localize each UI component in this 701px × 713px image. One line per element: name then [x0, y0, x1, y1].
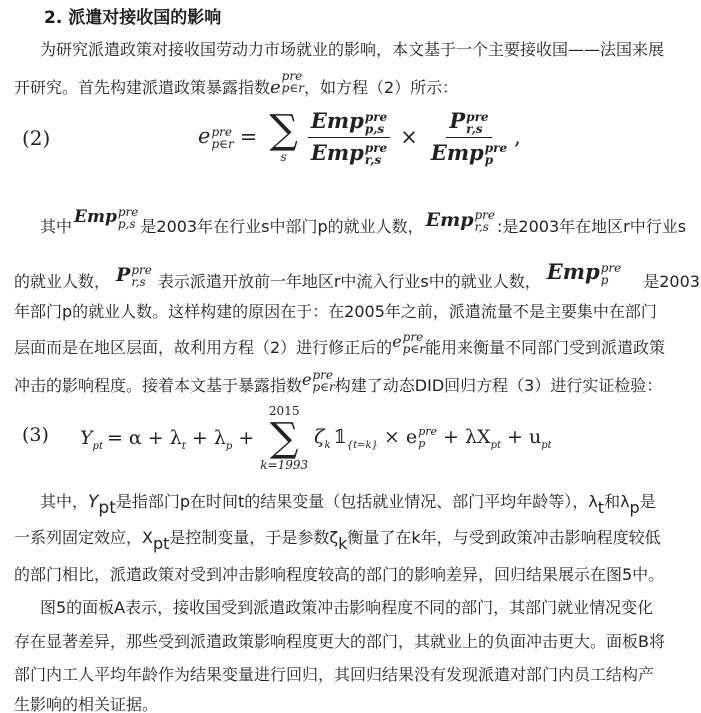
eq2-lhs: eprep∈r — [198, 124, 234, 150]
symbol-base: e — [270, 77, 281, 98]
eq2-equals: = — [240, 125, 258, 149]
sym-sub: r,s — [131, 276, 152, 288]
text: 表示派遣开放前一年地区r中流入行业s中的就业人数， — [158, 272, 541, 291]
para4-line2: 存在显著差异，那些受到派遣政策影响程度更大的部门，其就业上的负面冲击更大。面板B… — [14, 630, 665, 654]
para2-line2: 的就业人数，Pprer,s表示派遣开放前一年地区r中流入行业s中的就业人数，Em… — [14, 268, 700, 294]
text: 和 — [604, 492, 620, 511]
eq2-sum: ∑s — [269, 110, 298, 164]
para3-line1: 其中，Ypt是指部门p在时间t的结果变量（包括就业情况、部门平均年龄等），λt和… — [40, 490, 656, 514]
eq2-lhs-sup: pre — [211, 126, 233, 138]
eq3-lhs-sub: pt — [93, 441, 103, 452]
eq3-text: × e — [378, 426, 417, 448]
emp-rs-symbol: Empprer,s — [426, 208, 495, 233]
eq3-text: + u — [501, 426, 541, 448]
equation2: eprep∈r = ∑s Empprep,s Empprer,s × Pprer… — [198, 108, 521, 166]
eq3-indicator: 𝟙 — [334, 426, 347, 448]
zeta-sub: k — [338, 534, 347, 553]
para4-line1: 图5的面板A表示，接收国受到派遣政策冲击影响程度不同的部门，其部门就业情况变化 — [40, 596, 653, 620]
lambda-sub: t — [598, 498, 604, 517]
text: 是控制变量，于是参数ζ — [169, 528, 338, 547]
eq2-times: × — [400, 125, 418, 149]
text: 其中 — [40, 217, 72, 236]
eq2-lhs-sub: p∈r — [211, 138, 233, 150]
text: 是2003 — [643, 272, 700, 291]
text: 是2003年在行业s中部门p的就业人数， — [140, 217, 423, 236]
eq2-fraction2: Pprer,s Empprep — [428, 108, 510, 166]
emp-ps-symbol: Empprep,s — [74, 205, 138, 230]
eq2-fraction1: Empprep,s Empprer,s — [308, 108, 390, 166]
sym-base: e — [302, 370, 311, 389]
exposure-index-symbol: eprep∈r — [302, 368, 335, 393]
equation3-number: (3) — [22, 424, 49, 446]
sym-sup: pre — [403, 331, 425, 343]
sum-symbol: ∑ — [270, 418, 299, 458]
para2-line1: 其中Empprep,s是2003年在行业s中部门p的就业人数，Empprer,s… — [40, 214, 686, 240]
f1-num-base: Emp — [311, 108, 364, 133]
text: 是 — [640, 492, 656, 511]
equation2-number: (2) — [22, 126, 50, 150]
sym-base: e — [392, 332, 401, 351]
sym-sub: p∈r — [403, 343, 425, 355]
eq2-comma: , — [514, 125, 521, 149]
sym-base: P — [116, 264, 130, 286]
text: 冲击的影响程度。接着本文基于暴露指数 — [14, 376, 302, 395]
para2-line4: 层面而是在地区层面，故利用方程（2）进行修正后的eprep∈r能用来衡量不同部门… — [14, 336, 665, 361]
para3-line3: 的部门相比，派遣政策对受到冲击影响程度较高的部门的影响差异，回归结果展示在图5中… — [14, 563, 664, 587]
sum-index: s — [281, 150, 287, 164]
text: 能用来衡量不同部门受到派遣政策 — [425, 338, 665, 357]
sym-sub: r,s — [474, 221, 495, 233]
text: 层面而是在地区层面，故利用方程（2）进行修正后的 — [14, 338, 392, 357]
eq3-sub: {t=k} — [347, 440, 378, 451]
eq3-sub: p — [418, 438, 437, 450]
f2-den-sub: p — [485, 154, 507, 166]
text: 构建了动态DID回归方程（3）进行实证检验： — [335, 376, 663, 395]
sym-sub: p — [601, 274, 622, 286]
equation3: Ypt = α + λt + λp + 2015∑k=1993 ζk𝟙{t=k}… — [80, 404, 552, 472]
sum-lower: k=1993 — [260, 458, 308, 472]
f2-num-sub: r,s — [466, 123, 488, 135]
text: 的就业人数， — [14, 272, 110, 291]
emp-p-symbol: Empprep — [547, 260, 621, 286]
sym-sub: p,s — [118, 218, 139, 230]
para1-text-a: 开研究。首先构建派遣政策暴露指数 — [14, 78, 270, 97]
f1-den-base: Emp — [311, 140, 364, 165]
para2-line3: 年部门p的就业人数。这样构建的原因在于：在2005年之前，派遣流量不是主要集中在… — [14, 300, 657, 324]
f2-num-base: P — [449, 108, 465, 133]
eq3-text: + λX — [437, 426, 491, 448]
para1-line2: 开研究。首先构建派遣政策暴露指数eprep∈r，如方程（2）所示： — [14, 76, 458, 100]
symbol-sub: p∈r — [282, 82, 304, 94]
para2-line5: 冲击的影响程度。接着本文基于暴露指数eprep∈r构建了动态DID回归方程（3）… — [14, 374, 662, 399]
sym-sup: pre — [312, 369, 334, 381]
para4-line3: 部门内工人平均年龄作为结果变量进行回归，其回归结果没有发现派遣对部门内员工结构产 — [14, 663, 654, 687]
text: 衡量了在k年，与受到政策冲击影响程度较低 — [347, 528, 660, 547]
para4-line4: 生影响的相关证据。 — [14, 693, 158, 713]
text: 一系列固定效应，X — [14, 528, 153, 547]
exposure-index-symbol: eprep∈r — [392, 330, 425, 355]
eq3-sub: pt — [491, 440, 501, 451]
exposure-index-symbol: eprep∈r — [270, 76, 304, 100]
eq3-text: + — [232, 427, 254, 449]
eq3-lhs: Y — [80, 427, 93, 449]
sym-sup: pre — [118, 206, 139, 218]
eq3-text: + λ — [186, 427, 226, 449]
eq2-lhs-base: e — [198, 124, 210, 148]
sym-sub: p∈r — [312, 381, 334, 393]
eq3-sub: k — [324, 440, 330, 451]
sym-base: Emp — [74, 207, 117, 227]
y-symbol: Y — [88, 492, 98, 512]
sum-symbol: ∑ — [269, 110, 298, 150]
eq3-zeta: ζ — [314, 426, 324, 448]
text: :是2003年在地区r中行业s — [497, 217, 686, 236]
text: 其中， — [40, 492, 88, 511]
f2-den-base: Emp — [431, 140, 484, 165]
sym-base: Emp — [547, 259, 600, 284]
p-rs-symbol: Pprer,s — [116, 263, 152, 288]
f1-den-sub: r,s — [365, 154, 387, 166]
text: 是指部门p在时间t的结果变量（包括就业情况、部门平均年龄等）， — [116, 492, 588, 511]
para1-text-b: ，如方程（2）所示： — [304, 78, 458, 97]
lambda-symbol: λ — [588, 492, 597, 511]
sym-base: Emp — [426, 209, 474, 231]
lambda-sub: p — [630, 498, 640, 517]
eq3-sum: 2015∑k=1993 — [260, 404, 308, 472]
f1-num-sup: pre — [365, 111, 387, 123]
para1-line1: 为研究派遣政策对接收国劳动力市场就业的影响，本文基于一个主要接收国——法国来展 — [40, 38, 664, 62]
eq3-sub: pt — [541, 440, 551, 451]
y-sub: pt — [98, 498, 115, 518]
eq3-text: = α + λ — [107, 427, 182, 449]
f1-num-sub: p,s — [365, 123, 387, 135]
para3-line2: 一系列固定效应，Xpt是控制变量，于是参数ζk衡量了在k年，与受到政策冲击影响程… — [14, 526, 661, 550]
section-heading: 2. 派遣对接收国的影响 — [44, 6, 221, 30]
x-sub: pt — [153, 534, 169, 553]
sym-sup: pre — [601, 262, 622, 274]
lambda-symbol: λ — [620, 492, 629, 511]
f2-num-sup: pre — [466, 111, 488, 123]
